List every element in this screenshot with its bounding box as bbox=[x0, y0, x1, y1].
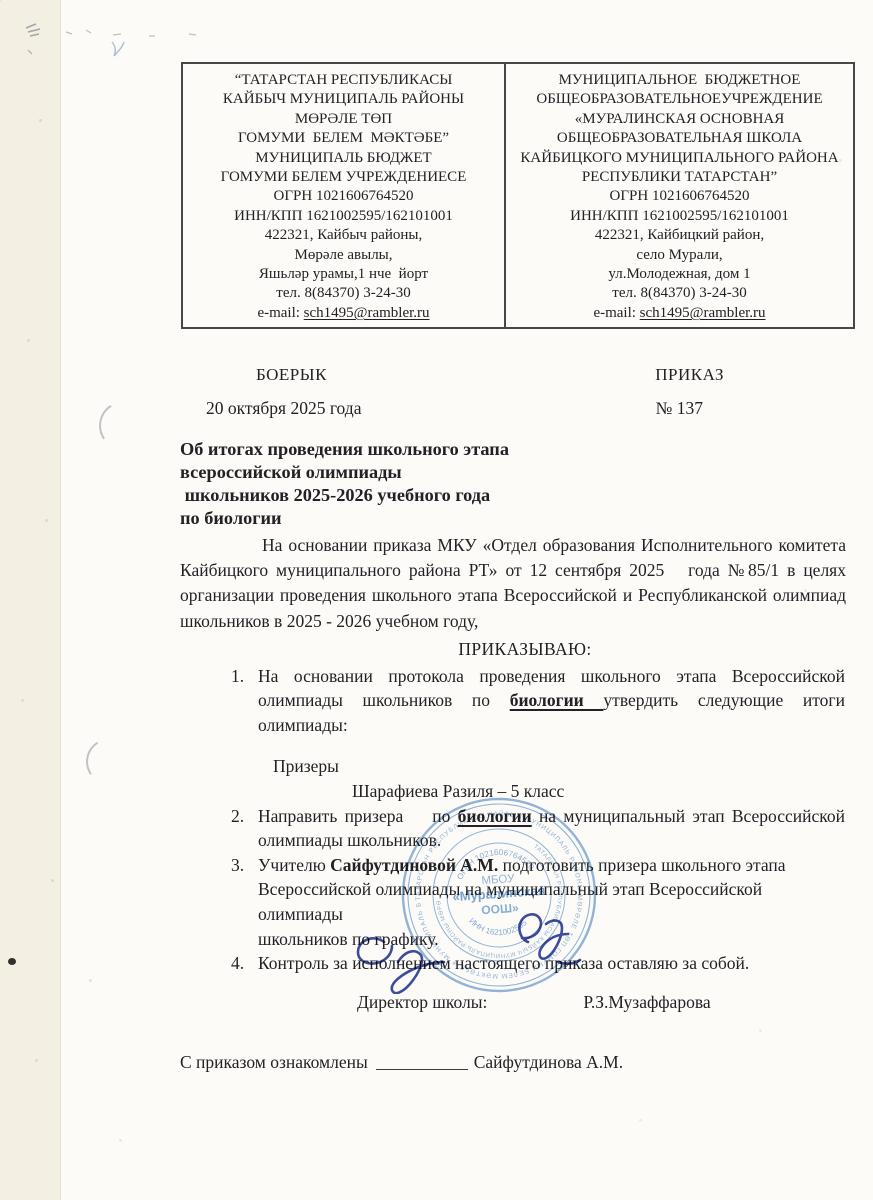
item-number: 2. bbox=[231, 804, 258, 853]
director-name: Р.З.Музаффарова bbox=[583, 990, 710, 1014]
letterhead-line: Мөрәле авылы, bbox=[183, 246, 504, 265]
scan-crescent-artifact bbox=[82, 733, 141, 790]
letterhead-line: ОГРН 1021606764520 bbox=[183, 187, 504, 206]
order-item-1: 1.На основании протокола проведения школ… bbox=[180, 664, 846, 738]
decree-word: ПРИКАЗЫВАЮ: bbox=[180, 637, 846, 662]
letterhead-line: МӨРӘЛЕ ТӨП bbox=[183, 110, 504, 129]
winner-name: Шарафиева Разиля – 5 класс bbox=[352, 779, 846, 804]
doc-type-russian: ПРИКАЗ bbox=[655, 362, 724, 387]
item-text: Учителю Сайфутдиновой А.М. подготовить п… bbox=[258, 853, 845, 951]
order-item-3: 3.Учителю Сайфутдиновой А.М. подготовить… bbox=[180, 853, 846, 951]
item-number: 1. bbox=[231, 664, 258, 738]
order-items: 1.На основании протокола проведения школ… bbox=[180, 664, 846, 976]
subject-line: всероссийской олимпиады bbox=[180, 461, 846, 484]
letterhead-line: ИНН/КПП 1621002595/162101001 bbox=[506, 207, 853, 226]
letterhead-line: «МУРАЛИНСКАЯ ОСНОВНАЯ bbox=[506, 110, 853, 129]
ack-name: Сайфутдинова А.М. bbox=[474, 1050, 623, 1074]
director-label: Директор школы: bbox=[357, 990, 487, 1014]
item-number: 3. bbox=[231, 853, 258, 951]
letterhead-email-line: e-mail: sch1495@rambler.ru bbox=[506, 304, 853, 323]
director-signature-row: Директор школы: Р.З.Музаффарова bbox=[180, 990, 846, 1014]
item-number: 4. bbox=[231, 951, 258, 976]
order-item-4: 4.Контроль за исполнением настоящего при… bbox=[180, 951, 846, 976]
scan-edge-strip bbox=[0, 0, 61, 1200]
letterhead-line: 422321, Кайбицкий район, bbox=[506, 226, 853, 245]
pencil-marks bbox=[20, 16, 240, 56]
order-preamble: На основании приказа МКУ «Отдел образова… bbox=[180, 533, 846, 634]
order-item-2: 2.Направить призера по биологии на муниц… bbox=[180, 804, 846, 853]
ack-label: С приказом ознакомлены bbox=[180, 1050, 368, 1074]
email-link: sch1495@rambler.ru bbox=[640, 305, 766, 321]
email-prefix: e-mail: bbox=[257, 305, 303, 321]
subject-line: Об итогах проведения школьного этапа bbox=[180, 438, 846, 461]
subject-line: школьников 2025-2026 учебного года bbox=[180, 484, 846, 507]
letterhead-tatar-column: “ТАТАРСТАН РЕСПУБЛИКАСЫКАЙБЫЧ МУНИЦИПАЛЬ… bbox=[183, 64, 504, 327]
letterhead-line: “ТАТАРСТАН РЕСПУБЛИКАСЫ bbox=[183, 71, 504, 90]
letterhead-line: ОГРН 1021606764520 bbox=[506, 187, 853, 206]
subject-line: по биологии bbox=[180, 507, 846, 530]
letterhead-line: ул.Молодежная, дом 1 bbox=[506, 265, 853, 284]
scanned-order-document: “ТАТАРСТАН РЕСПУБЛИКАСЫКАЙБЫЧ МУНИЦИПАЛЬ… bbox=[0, 0, 873, 1200]
letterhead-line: ОБЩЕОБРАЗОВАТЕЛЬНОЕУЧРЕЖДЕНИЕ bbox=[506, 90, 853, 109]
letterhead-line: село Мурали, bbox=[506, 246, 853, 265]
letterhead-email-line: e-mail: sch1495@rambler.ru bbox=[183, 304, 504, 323]
letterhead-line: КАЙБИЦКОГО МУНИЦИПАЛЬНОГО РАЙОНА bbox=[506, 149, 853, 168]
doc-type-row: БОЕРЫК ПРИКАЗ bbox=[180, 362, 846, 387]
letterhead-line: ГОМУМИ БЕЛЕМ УЧРЕЖДЕНИЕСЕ bbox=[183, 168, 504, 187]
scan-crescent-artifact bbox=[94, 396, 155, 456]
signature-line bbox=[376, 1055, 468, 1070]
ink-dot-artifact bbox=[8, 958, 16, 965]
letterhead-line: РЕСПУБЛИКИ ТАТАРСТАН” bbox=[506, 168, 853, 187]
letterhead-line: тел. 8(84370) 3-24-30 bbox=[183, 284, 504, 303]
letterhead-box: “ТАТАРСТАН РЕСПУБЛИКАСЫКАЙБЫЧ МУНИЦИПАЛЬ… bbox=[181, 62, 855, 329]
letterhead-russian-column: МУНИЦИПАЛЬНОЕ БЮДЖЕТНОЕОБЩЕОБРАЗОВАТЕЛЬН… bbox=[504, 64, 853, 327]
blue-ink-mark bbox=[106, 38, 128, 60]
letterhead-line: 422321, Кайбыч районы, bbox=[183, 226, 504, 245]
acknowledgement-row: С приказом ознакомлены Сайфутдинова А.М. bbox=[180, 1050, 846, 1074]
letterhead-line: ОБЩЕОБРАЗОВАТЕЛЬНАЯ ШКОЛА bbox=[506, 129, 853, 148]
order-number: № 137 bbox=[656, 396, 703, 421]
email-prefix: e-mail: bbox=[593, 305, 639, 321]
item-text: Направить призера по биологии на муницип… bbox=[258, 804, 845, 853]
letterhead-line: МУНИЦИПАЛЬНОЕ БЮДЖЕТНОЕ bbox=[506, 71, 853, 90]
letterhead-line: МУНИЦИПАЛЬ БЮДЖЕТ bbox=[183, 149, 504, 168]
letterhead-line: Яшьләр урамы,1 нче йорт bbox=[183, 265, 504, 284]
order-subject: Об итогах проведения школьного этапавсер… bbox=[180, 438, 846, 530]
item-text: Контроль за исполнением настоящего прика… bbox=[258, 951, 845, 976]
order-date: 20 октября 2025 года bbox=[206, 396, 361, 421]
order-body: БОЕРЫК ПРИКАЗ 20 октября 2025 года № 137… bbox=[180, 356, 846, 1074]
letterhead-line: ГОМУМИ БЕЛЕМ МӘКТӘБЕ” bbox=[183, 129, 504, 148]
date-number-row: 20 октября 2025 года № 137 bbox=[180, 396, 846, 421]
letterhead-line: тел. 8(84370) 3-24-30 bbox=[506, 284, 853, 303]
item-text: На основании протокола проведения школьн… bbox=[258, 664, 845, 738]
email-link: sch1495@rambler.ru bbox=[304, 305, 430, 321]
doc-type-tatar: БОЕРЫК bbox=[256, 362, 327, 387]
scan-speckles bbox=[0, 0, 1, 1]
winners-label: Призеры bbox=[273, 754, 846, 779]
letterhead-line: КАЙБЫЧ МУНИЦИПАЛЬ РАЙОНЫ bbox=[183, 90, 504, 109]
letterhead-line: ИНН/КПП 1621002595/162101001 bbox=[183, 207, 504, 226]
